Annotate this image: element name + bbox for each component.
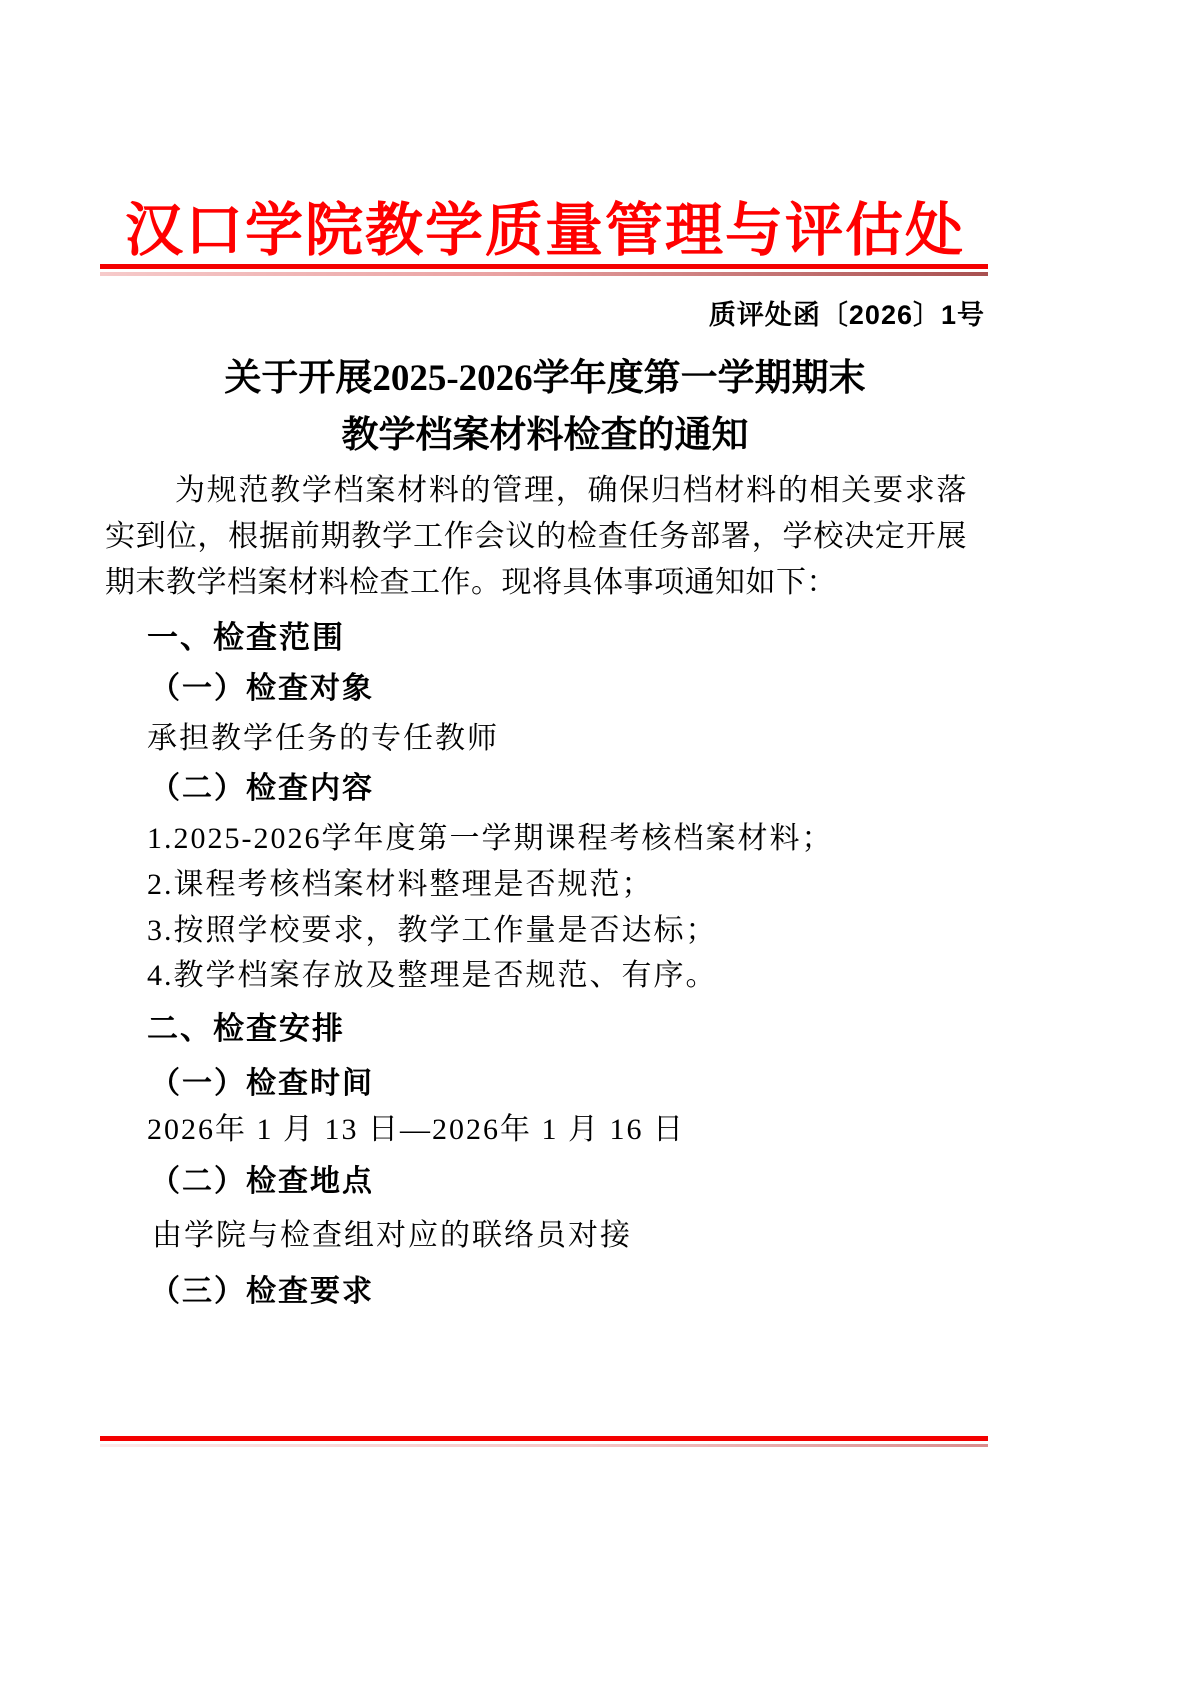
- list-item-1: 1.2025-2026学年度第一学期课程考核档案材料；: [147, 813, 834, 857]
- footer-rule-thin: [100, 1444, 988, 1447]
- subheading-check-target: （一）检查对象: [150, 663, 374, 707]
- text-check-target: 承担教学任务的专任教师: [147, 713, 499, 757]
- document-page: 汉口学院教学质量管理与评估处 质评处函〔2026〕1号 关于开展2025-202…: [0, 0, 1191, 1684]
- subheading-check-requirements: （三）检查要求: [150, 1266, 374, 1310]
- list-item-3: 3.按照学校要求，教学工作量是否达标；: [147, 905, 718, 949]
- text-check-time: 2026年 1 月 13 日—2026年 1 月 16 日: [147, 1104, 685, 1148]
- footer-rule-thick: [100, 1436, 988, 1441]
- text-check-location: 由学院与检查组对应的联络员对接: [152, 1210, 632, 1254]
- org-header-title: 汉口学院教学质量管理与评估处: [105, 183, 985, 267]
- doc-number: 质评处函〔2026〕1号: [105, 293, 985, 332]
- list-item-4: 4.教学档案存放及整理是否规范、有序。: [147, 950, 718, 994]
- notice-title-line1: 关于开展2025-2026学年度第一学期期末: [105, 347, 985, 401]
- notice-title-line2: 教学档案材料检查的通知: [105, 404, 985, 458]
- section-heading-check-scope: 一、检查范围: [147, 612, 345, 657]
- section-heading-check-arrangement: 二、检查安排: [147, 1003, 345, 1048]
- header-rule-thick: [100, 264, 988, 269]
- list-item-2: 2.课程考核档案材料整理是否规范；: [147, 859, 654, 903]
- intro-paragraph: 为规范教学档案材料的管理，确保归档材料的相关要求落实到位，根据前期教学工作会议的…: [105, 468, 967, 606]
- subheading-check-location: （二）检查地点: [150, 1156, 374, 1200]
- subheading-check-time: （一）检查时间: [150, 1058, 374, 1102]
- subheading-check-content: （二）检查内容: [150, 763, 374, 807]
- header-rule-thin: [100, 272, 988, 276]
